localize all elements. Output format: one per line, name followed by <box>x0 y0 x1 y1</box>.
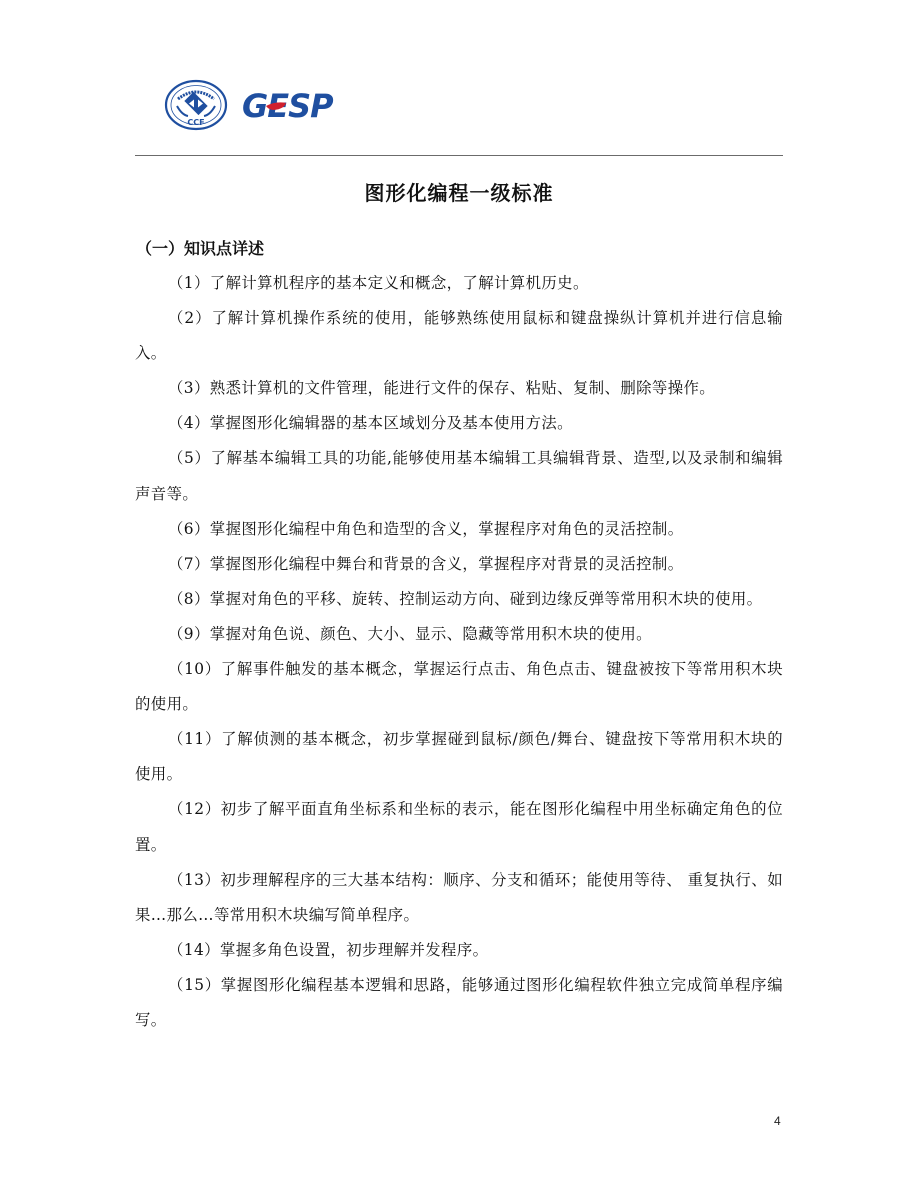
list-item: （11）了解侦测的基本概念，初步掌握碰到鼠标/颜色/舞台、键盘按下等常用积木块的… <box>135 722 783 792</box>
header-divider <box>135 155 783 156</box>
list-item: （10）了解事件触发的基本概念，掌握运行点击、角色点击、键盘被按下等常用积木块的… <box>135 652 783 722</box>
ccf-logo-text: CCF <box>187 118 204 127</box>
gesp-logo-icon: GESP <box>240 87 352 123</box>
list-item: （12）初步了解平面直角坐标系和坐标的表示，能在图形化编程中用坐标确定角色的位置… <box>135 792 783 862</box>
page-number: 4 <box>774 1114 781 1128</box>
knowledge-points-list: （1）了解计算机程序的基本定义和概念，了解计算机历史。 （2）了解计算机操作系统… <box>135 266 783 1038</box>
header-logos: CCF GESP <box>164 78 352 132</box>
list-item: （7）掌握图形化编程中舞台和背景的含义，掌握程序对背景的灵活控制。 <box>135 547 783 582</box>
list-item: （3）熟悉计算机的文件管理，能进行文件的保存、粘贴、复制、删除等操作。 <box>135 371 783 406</box>
list-item: （9）掌握对角色说、颜色、大小、显示、隐藏等常用积木块的使用。 <box>135 617 783 652</box>
list-item: （15）掌握图形化编程基本逻辑和思路，能够通过图形化编程软件独立完成简单程序编写… <box>135 968 783 1038</box>
ccf-logo-icon: CCF <box>164 79 228 131</box>
list-item: （2）了解计算机操作系统的使用，能够熟练使用鼠标和键盘操纵计算机并进行信息输入。 <box>135 301 783 371</box>
list-item: （4）掌握图形化编辑器的基本区域划分及基本使用方法。 <box>135 406 783 441</box>
list-item: （14）掌握多角色设置，初步理解并发程序。 <box>135 933 783 968</box>
list-item: （13）初步理解程序的三大基本结构：顺序、分支和循环；能使用等待、 重复执行、如… <box>135 863 783 933</box>
list-item: （8）掌握对角色的平移、旋转、控制运动方向、碰到边缘反弹等常用积木块的使用。 <box>135 582 783 617</box>
gesp-logo-text: GESP <box>242 87 334 123</box>
list-item: （5）了解基本编辑工具的功能,能够使用基本编辑工具编辑背景、造型,以及录制和编辑… <box>135 441 783 511</box>
list-item: （1）了解计算机程序的基本定义和概念，了解计算机历史。 <box>135 266 783 301</box>
section-heading: （一）知识点详述 <box>136 236 264 259</box>
page-title: 图形化编程一级标准 <box>135 177 783 206</box>
list-item: （6）掌握图形化编程中角色和造型的含义，掌握程序对角色的灵活控制。 <box>135 512 783 547</box>
